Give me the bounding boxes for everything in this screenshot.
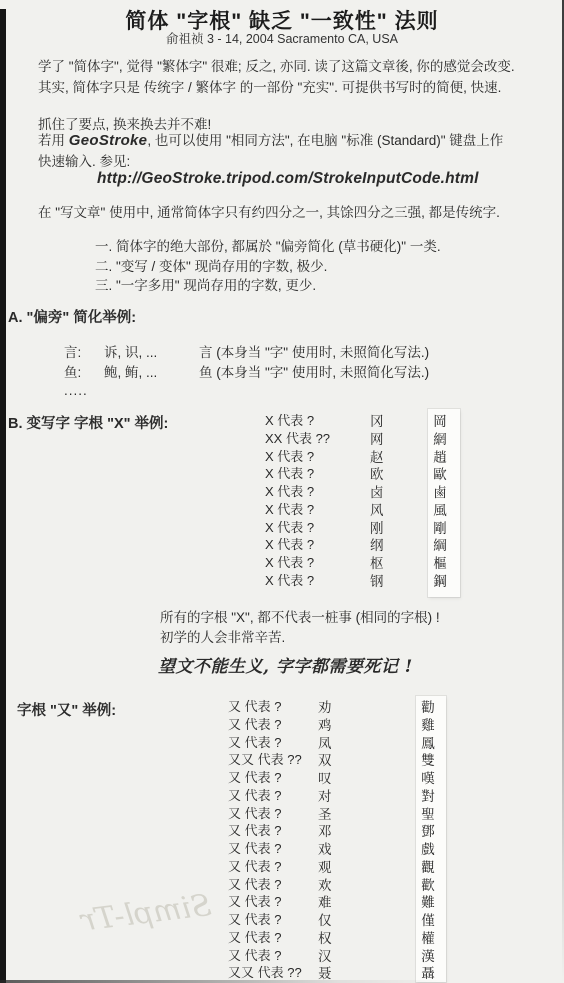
section-b-note: 所有的字根 "X", 都不代表一桩事 (相同的字根) ! 初学的人会非常辛苦.: [160, 608, 440, 648]
intro-line-2: 其实, 简体字只是 传统字 / 繁体字 的一部份 "充实". 可提供书写时的简便…: [38, 78, 560, 99]
question-cell: 又 代表 ?: [228, 874, 281, 893]
bleedthrough-watermark: Simpl-Tr: [11, 888, 214, 947]
section-a-heading: A. "偏旁" 简化举例:: [8, 306, 136, 327]
question-cell: 又 代表 ?: [228, 803, 281, 822]
traditional-char-cell: 鋼: [420, 570, 460, 590]
numbered-list-item: 一. 简体字的绝大部份, 都属於 "偏旁简化 (草书硬化)" 一类.: [95, 237, 441, 257]
question-cell: X 代表 ?: [265, 463, 314, 482]
note-line-2: 初学的人会非常辛苦.: [160, 628, 440, 648]
question-cell: X 代表 ?: [265, 481, 314, 500]
numbered-list: 一. 简体字的绝大部份, 都属於 "偏旁简化 (草书硬化)" 一类.二. "变写…: [95, 237, 441, 296]
question-cell: 又 代表 ?: [228, 856, 281, 875]
question-cell: 又 代表 ?: [228, 945, 281, 964]
question-cell: 又又 代表 ??: [228, 749, 302, 768]
slogan-line: 望文不能生义, 字字都需要死记 !: [158, 652, 413, 677]
scan-edge-left: [0, 9, 6, 983]
question-cell: X 代表 ?: [265, 570, 314, 589]
section-a-table: 言: 诉, 识, ... 言 (本身当 "字" 使用时, 未照简化写法.) 鱼:…: [64, 341, 88, 398]
scanned-document-page: 简体 "字根" 缺乏 "一致性" 法则 俞祖祯 3 - 14, 2004 Sac…: [0, 0, 564, 983]
question-cell: 又 代表 ?: [228, 785, 281, 804]
radical-cell: 鱼:: [64, 361, 81, 381]
numbered-list-item: 三. "一字多用" 现尚存用的字数, 更少.: [95, 276, 441, 296]
question-cell: X 代表 ?: [265, 552, 314, 571]
section-you-heading: 字根 "又" 举例:: [17, 699, 116, 720]
radical-example-row: 鱼: 鲍, 鲔, ... 鱼 (本身当 "字" 使用时, 未照简化写法.): [64, 361, 88, 381]
intro-line-1: 学了 "简体字", 觉得 "繁体字" 很难; 反之, 亦同. 读了这篇文章後, …: [38, 57, 560, 78]
note-cell: 言 (本身当 "字" 使用时, 未照简化写法.): [199, 341, 429, 361]
examples-cell: 诉, 识, ...: [104, 341, 157, 361]
question-cell: X 代表 ?: [265, 446, 314, 465]
question-cell: 又 代表 ?: [228, 909, 281, 928]
question-cell: X 代表 ?: [265, 534, 314, 553]
question-cell: 又 代表 ?: [228, 927, 281, 946]
question-cell: 又 代表 ?: [228, 838, 281, 857]
note-line-1: 所有的字根 "X", 都不代表一桩事 (相同的字根) !: [160, 608, 440, 628]
question-cell: 又 代表 ?: [228, 696, 281, 715]
ellipsis-line: .....: [64, 383, 88, 398]
examples-cell: 鲍, 鲔, ...: [104, 361, 157, 381]
question-cell: 又 代表 ?: [228, 714, 281, 733]
geostroke-post-text: , 也可以使用 "相同方法", 在电脑 "标准 (Standard)" 键盘上作: [147, 133, 503, 148]
simplified-char-cell: 钢: [370, 570, 384, 590]
radical-example-row: 言: 诉, 识, ... 言 (本身当 "字" 使用时, 未照简化写法.): [64, 341, 88, 361]
section-a-rows: 言: 诉, 识, ... 言 (本身当 "字" 使用时, 未照简化写法.) 鱼:…: [64, 341, 88, 381]
question-cell: X 代表 ?: [265, 517, 314, 536]
geostroke-pre-text: 若用: [38, 133, 69, 148]
geostroke-line-2: 快速输入. 参见:: [38, 151, 560, 172]
question-cell: 又 代表 ?: [228, 820, 281, 839]
question-cell: XX 代表 ??: [265, 428, 330, 447]
question-cell: 又 代表 ?: [228, 732, 281, 751]
geostroke-brand: GeoStroke: [69, 132, 148, 149]
question-cell: 又 代表 ?: [228, 891, 281, 910]
question-cell: 又 代表 ?: [228, 767, 281, 786]
question-cell: X 代表 ?: [265, 410, 314, 429]
byline: 俞祖祯 3 - 14, 2004 Sacramento CA, USA: [0, 29, 564, 47]
usage-paragraph: 在 "写文章" 使用中, 通常简体字只有约四分之一, 其馀四分之三强, 都是传统…: [38, 201, 560, 221]
question-cell: 又又 代表 ??: [228, 962, 302, 981]
radical-cell: 言:: [64, 341, 81, 361]
question-cell: X 代表 ?: [265, 499, 314, 518]
note-cell: 鱼 (本身当 "字" 使用时, 未照简化写法.): [199, 361, 429, 381]
intro-paragraph: 学了 "简体字", 觉得 "繁体字" 很难; 反之, 亦同. 读了这篇文章後, …: [38, 57, 560, 98]
section-b-heading: B. 变写字 字根 "X" 举例:: [8, 412, 168, 433]
stroke-input-url: http://GeoStroke.tripod.com/StrokeInputC…: [97, 170, 479, 188]
geostroke-paragraph: 若用 GeoStroke, 也可以使用 "相同方法", 在电脑 "标准 (Sta…: [38, 130, 560, 172]
numbered-list-item: 二. "变写 / 变体" 现尚存用的字数, 极少.: [95, 257, 441, 277]
